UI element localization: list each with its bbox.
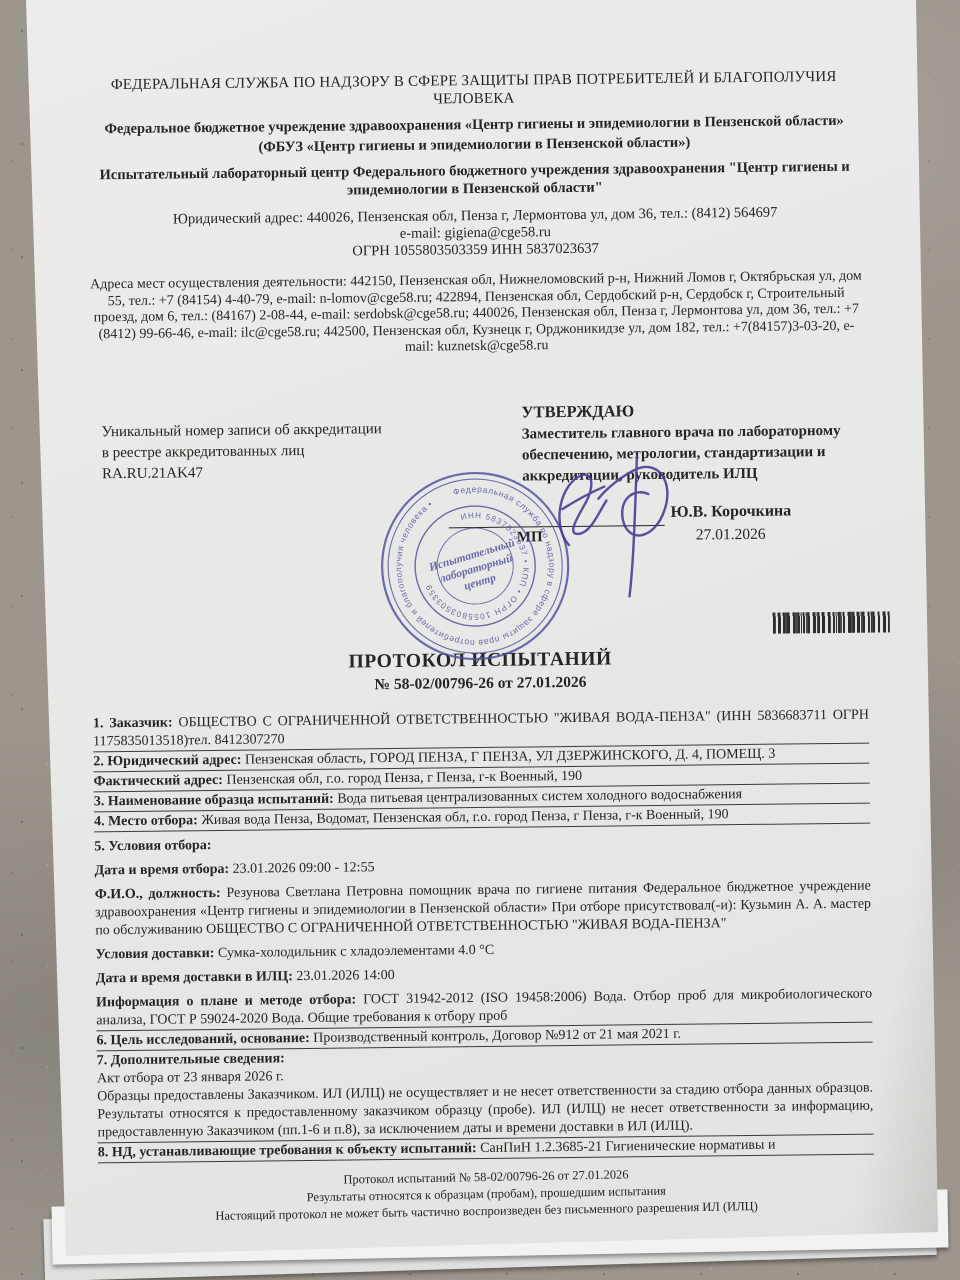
section-5-sampling-datetime: Дата и время отбора: 23.01.2026 09:00 - … [94,853,870,880]
federal-service-line: ФЕДЕРАЛЬНАЯ СЛУЖБА ПО НАДЗОРУ В СФЕРЕ ЗА… [86,68,862,113]
barcode [773,611,890,633]
section-5-delivery-datetime: Дата и время доставки в ИЛЦ: 23.01.2026 … [96,961,872,988]
page-footer: Протокол испытаний № 58-02/00796-26 от 2… [98,1161,875,1226]
protocol-sections: 1. Заказчик: ОБЩЕСТВО С ОГРАНИЧЕННОЙ ОТВ… [93,706,874,1163]
approve-date: 27.01.2026 [696,525,766,544]
section-7-notes: Образцы предоставлены Заказчиком. ИЛ (ИЛ… [97,1079,874,1143]
section-5-sampler: Ф.И.О., должность: Резунова Светлана Пет… [95,877,872,940]
document-content: ФЕДЕРАЛЬНАЯ СЛУЖБА ПО НАДЗОРУ В СФЕРЕ ЗА… [0,0,960,1280]
approve-title: УТВЕРЖДАЮ [521,397,865,422]
activity-addresses: Адреса мест осуществления деятельности: … [88,269,865,360]
section-5-heading: 5. Условия отбора: [94,829,870,856]
document-page: ФЕДЕРАЛЬНАЯ СЛУЖБА ПО НАДЗОРУ В СФЕРЕ ЗА… [0,0,960,1280]
section-5-delivery-conditions: Условия доставки: Сумка-холодильник с хл… [95,937,871,964]
ilc-name: Испытательный лабораторный центр Федерал… [87,158,863,203]
photo-of-document: ФЕДЕРАЛЬНАЯ СЛУЖБА ПО НАДЗОРУ В СФЕРЕ ЗА… [0,0,960,1280]
handwritten-signature [538,446,700,623]
